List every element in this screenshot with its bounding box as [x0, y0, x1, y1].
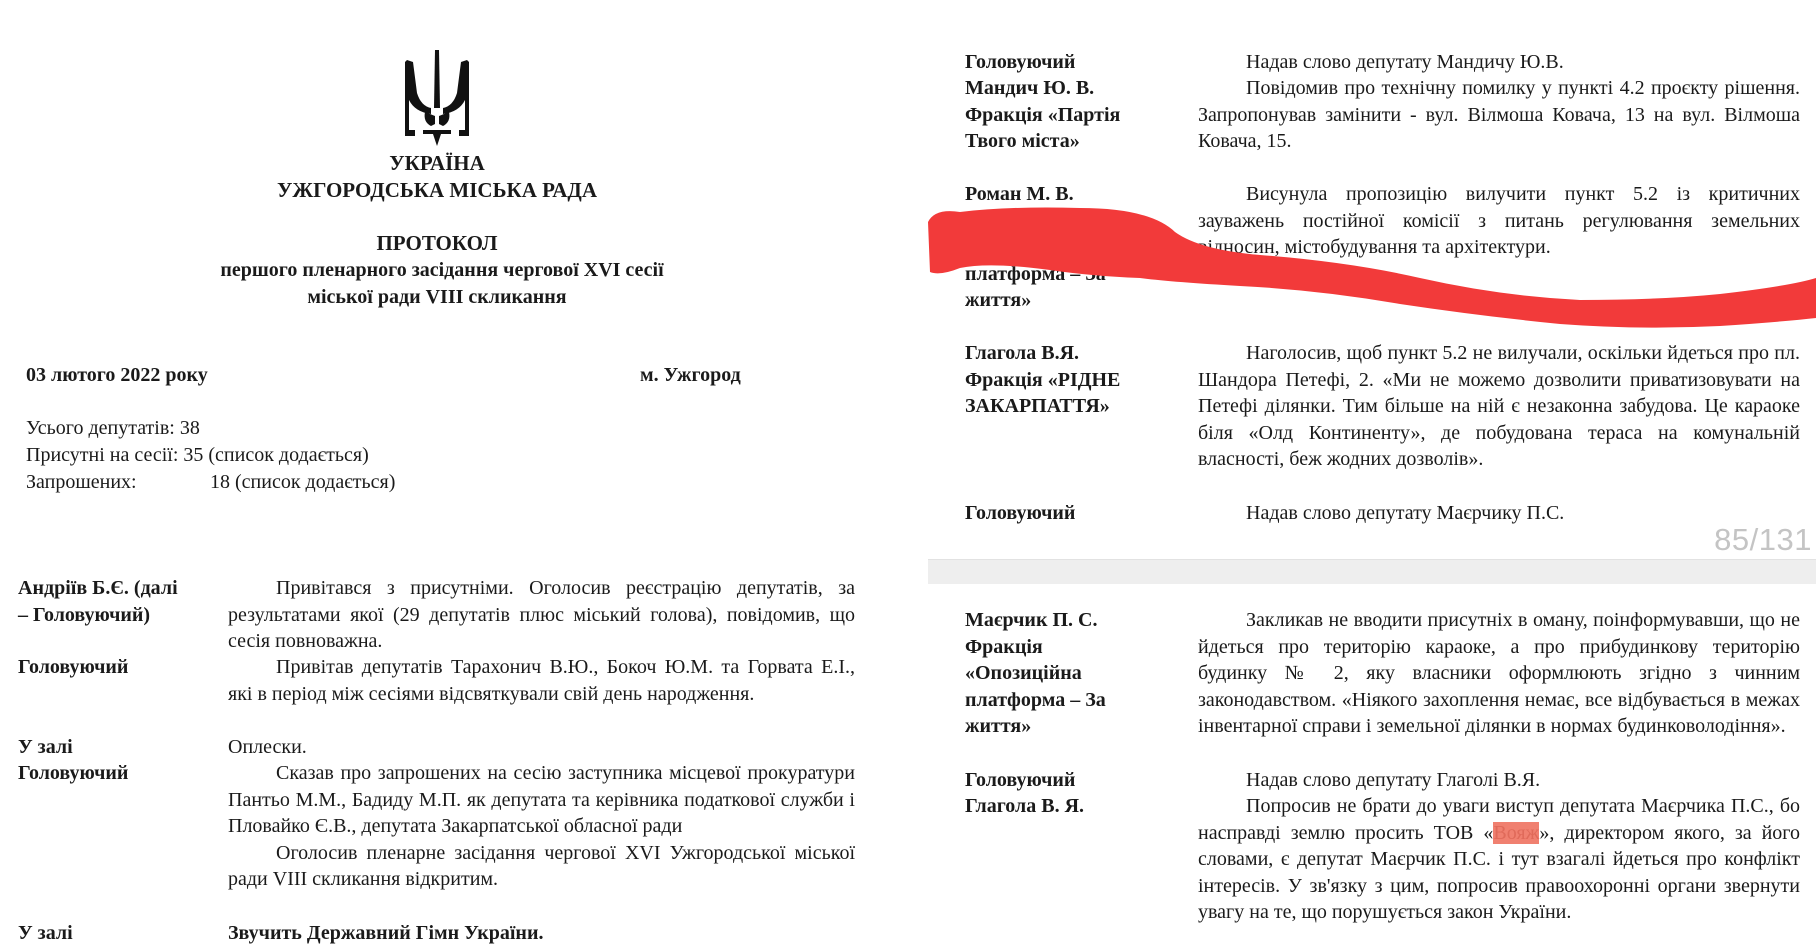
entry-text: Повідомив про технічну помилку у пункті …: [1198, 75, 1800, 155]
speaker-label: Мандич Ю. В. Фракція «Партія Твого міста…: [965, 75, 1185, 155]
speaker-label: Маєрчик П. С. Фракція «Опозиційна платфо…: [965, 607, 1185, 740]
speaker-label: Андріїв Б.Є. (далі – Головуючий): [18, 575, 218, 628]
page-indicator: 85/131: [1714, 522, 1812, 558]
entry-text: Привітав депутатів Тарахонич В.Ю., Бокоч…: [228, 654, 855, 707]
speaker-label: У залі: [18, 734, 218, 761]
meeting-city: м. Ужгород: [640, 362, 741, 389]
entry-text: Наголосив, щоб пункт 5.2 не вилучали, ос…: [1198, 340, 1800, 473]
speaker-label: Головуючий: [18, 654, 218, 681]
highlighted-company-name: Вояж: [1493, 822, 1539, 844]
document-subtitle-line-1: першого пленарного засідання чергової XV…: [0, 257, 884, 284]
speaker-label: Глагола В.Я. Фракція «РІДНЕ ЗАКАРПАТТЯ»: [965, 340, 1185, 420]
page-separator: [928, 559, 1816, 584]
speaker-label: У залі: [18, 920, 218, 947]
entry-text: Звучить Державний Гімн України.: [228, 920, 855, 947]
present-deputies: Присутні на сесії: 35 (список додається): [26, 442, 369, 469]
speaker-label: Головуючий: [965, 500, 1185, 527]
entry-text: Попросив не брати до уваги виступ депута…: [1198, 793, 1800, 926]
entry-text: Висунула пропозицію вилучити пункт 5.2 і…: [1198, 181, 1800, 261]
entry-text: Надав слово депутату Мандичу Ю.В.: [1198, 49, 1800, 76]
document-title: ПРОТОКОЛ: [0, 230, 874, 257]
meeting-date: 03 лютого 2022 року: [26, 362, 208, 389]
speaker-label: Головуючий: [965, 49, 1185, 76]
entry-text: Оплески.: [228, 734, 855, 761]
trident-coat-of-arms-icon: [405, 48, 469, 148]
entry-text: Закликав не вводити присутніх в оману, п…: [1198, 607, 1800, 740]
entry-text: Надав слово депутату Маєрчику П.С.: [1198, 500, 1800, 527]
entry-text: Сказав про запрошених на сесію заступник…: [228, 760, 855, 893]
total-deputies: Усього депутатів: 38: [26, 415, 200, 442]
speaker-label: Глагола В. Я.: [965, 793, 1185, 820]
speaker-label: Головуючий: [18, 760, 218, 787]
country-heading: УКРАЇНА: [0, 150, 874, 177]
speaker-label: Головуючий: [965, 767, 1185, 794]
protocol-page-left: УКРАЇНА УЖГОРОДСЬКА МІСЬКА РАДА ПРОТОКОЛ…: [0, 0, 900, 952]
speaker-label: Роман М. В. « платформа – За життя»: [965, 181, 1185, 314]
invited-count: Запрошених: 18 (список додається): [26, 469, 137, 496]
council-heading: УЖГОРОДСЬКА МІСЬКА РАДА: [0, 177, 874, 204]
entry-text: Привітався з присутніми. Оголосив реєстр…: [228, 575, 855, 655]
document-subtitle-line-2: міської ради VIII скликання: [0, 284, 874, 311]
entry-text: Надав слово депутату Глаголі В.Я.: [1198, 767, 1800, 794]
